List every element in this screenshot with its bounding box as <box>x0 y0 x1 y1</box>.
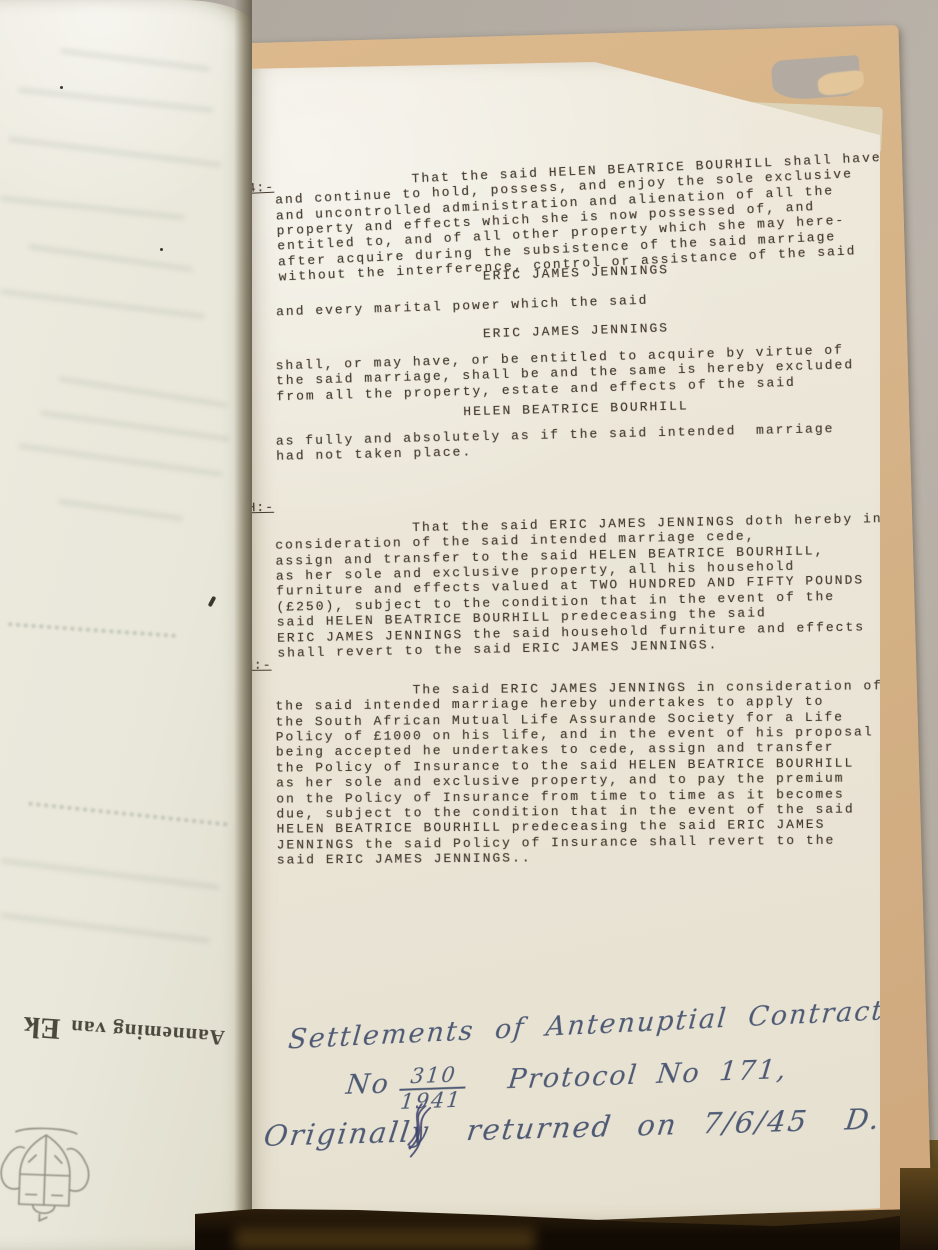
clerk-initial: D. <box>843 1101 883 1136</box>
ink-speck <box>60 86 63 89</box>
clause-text: The said ERIC JAMES JENNINGS in consider… <box>275 678 883 868</box>
clause-text: That the said ERIC JAMES JENNINGS doth h… <box>275 511 883 661</box>
return-date-text: returned on 7/6/45 <box>465 1103 811 1147</box>
protocol-number: Protocol No 171, <box>506 1054 789 1095</box>
ink-speck <box>160 248 163 251</box>
clause-paragraph: as fully and absolutely as if the said i… <box>276 420 877 464</box>
number-label: No <box>344 1068 391 1101</box>
table-corner <box>900 1168 938 1250</box>
photo-of-document: 4:- That the said HELEN BEATRICE BOURHIL… <box>0 0 938 1250</box>
handwritten-return-note: Originally returned on 7/6/45 D. <box>262 1101 883 1152</box>
book-gutter-shadow <box>234 0 252 1250</box>
case-number: 310 <box>399 1063 468 1090</box>
reversed-title-big: Ek <box>22 1010 61 1045</box>
ink-scribble <box>396 1104 438 1163</box>
contract-page: 4:- That the said HELEN BEATRICE BOURHIL… <box>246 62 880 1220</box>
handwritten-settlement-note: Settlements of Antenuptial Contract <box>287 995 886 1055</box>
reversed-title-small: Aanneming van <box>69 1015 225 1050</box>
handwritten-number-line: No 310 1941 Protocol No 171, <box>344 1046 790 1109</box>
clause-paragraph: H:- The said ERIC JAMES JENNINGS in cons… <box>275 647 877 883</box>
coat-of-arms-stamp <box>0 1116 106 1225</box>
word-originally: Originally <box>262 1114 432 1153</box>
table-edge-highlight <box>235 1228 535 1250</box>
